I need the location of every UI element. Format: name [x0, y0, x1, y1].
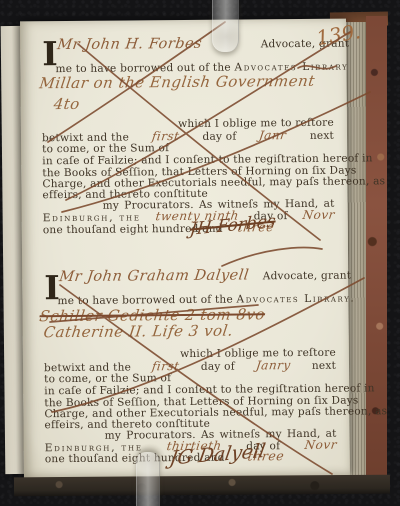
board-edge-bottom [14, 475, 390, 497]
sum-text: to come, or the Sum of [42, 142, 169, 155]
book-format-row: 4to [54, 96, 346, 113]
book-strap-top [212, 0, 239, 52]
library-label: Advocates Library. [236, 293, 355, 306]
borrower-row: Mr John Graham Dalyell Advocate, grant [43, 269, 351, 285]
book-title-manuscript-struck: Schiller Gedichte 2 tom 8vo [39, 308, 266, 322]
signed-month-manuscript: Novr [302, 209, 336, 221]
book-title-manuscript: Millar on the English Government [39, 75, 316, 89]
book-strap-bottom [136, 452, 160, 506]
return-month-manuscript: Janry [255, 359, 291, 371]
book-title-row-2: Catherine II. Life 3 vol. [44, 324, 336, 341]
book-format-manuscript: 4to [53, 98, 81, 110]
return-day-manuscript: first [151, 130, 180, 142]
book-title-manuscript: Catherine II. Life 3 vol. [43, 325, 234, 339]
sum-text: to come, or the Sum of [44, 372, 171, 385]
return-month-manuscript: Janr [259, 129, 288, 141]
ledger-page: 139. I Mr John H. Forbes Advocate, grant… [20, 19, 350, 480]
return-day-manuscript: first [151, 360, 180, 372]
borrower-name-manuscript: Mr John Graham Dalyell [58, 269, 263, 283]
borrower-row: Mr John H. Forbes Advocate, grant [41, 37, 349, 53]
book-title-row: Millar on the English Government [39, 75, 331, 92]
advocate-grant-label: Advocate, grant [263, 270, 352, 283]
